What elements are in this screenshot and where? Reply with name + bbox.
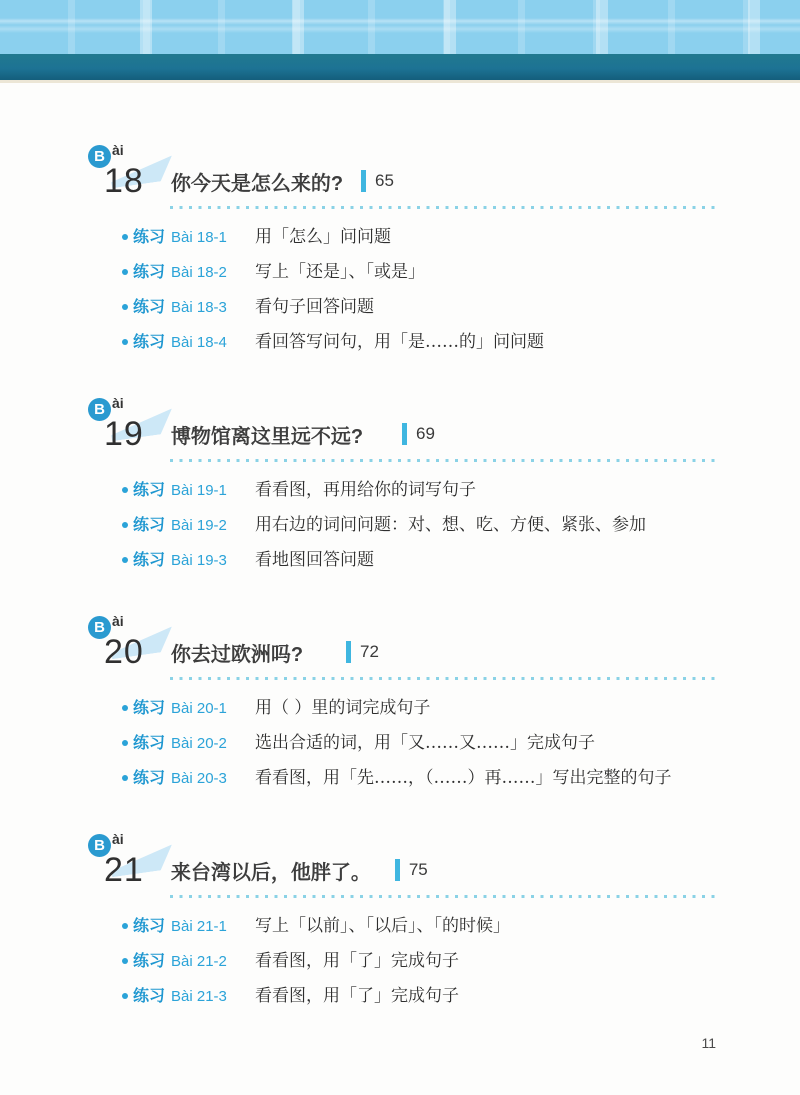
- dotted-separator: [170, 206, 716, 209]
- exercise-list: 练习Bài 20-1 用（ ）里的词完成句子 练习Bài 20-2 选出合适的词…: [88, 697, 800, 790]
- page-marker-bar: [402, 423, 407, 445]
- dotted-separator: [170, 677, 716, 680]
- dotted-separator: [170, 895, 716, 898]
- lesson-number: 18: [104, 164, 144, 198]
- exercise-description: 写上「还是」、「或是」: [255, 261, 425, 284]
- page-marker-bar: [361, 170, 366, 192]
- exercise-row: 练习Bài 18-4 看回答写问句，用「是……的」问问题: [122, 331, 800, 354]
- header-teal-band: [0, 54, 800, 80]
- lesson-title: 来台湾以后，他胖了。: [171, 856, 371, 885]
- bai-badge-suffix: ài: [112, 831, 124, 847]
- exercise-row: 练习Bài 18-2 写上「还是」、「或是」: [122, 261, 800, 284]
- exercise-description: 看回答写问句，用「是……的」问问题: [255, 331, 544, 354]
- exercise-label-zh: 练习: [133, 331, 165, 354]
- bullet-icon: [122, 339, 128, 345]
- lesson-section-18: B ài 18 你今天是怎么来的? 65 练习Bài 18-1 用「怎么」问问题…: [88, 145, 800, 354]
- exercise-label-id: Bài 19-2: [171, 514, 227, 537]
- exercise-label-zh: 练习: [133, 226, 165, 249]
- exercise-label: 练习Bài 18-2: [133, 261, 245, 284]
- exercise-label-zh: 练习: [133, 732, 165, 755]
- exercise-label: 练习Bài 21-2: [133, 950, 245, 973]
- exercise-label-zh: 练习: [133, 697, 165, 720]
- exercise-label-zh: 练习: [133, 549, 165, 572]
- bullet-icon: [122, 522, 128, 528]
- exercise-description: 看看图，用「了」完成句子: [255, 950, 459, 973]
- exercise-label: 练习Bài 19-2: [133, 514, 245, 537]
- header-plaid-band: [0, 0, 800, 54]
- lesson-page-number: 65: [375, 171, 394, 191]
- exercise-list: 练习Bài 19-1 看看图，再用给你的词写句子 练习Bài 19-2 用右边的…: [88, 479, 800, 572]
- exercise-label-id: Bài 21-2: [171, 950, 227, 973]
- exercise-row: 练习Bài 18-1 用「怎么」问问题: [122, 226, 800, 249]
- exercise-label: 练习Bài 19-1: [133, 479, 245, 502]
- lesson-title: 博物馆离这里远不远?: [171, 420, 363, 449]
- bullet-icon: [122, 923, 128, 929]
- lesson-section-19: B ài 19 博物馆离这里远不远? 69 练习Bài 19-1 看看图，再用给…: [88, 398, 800, 572]
- exercise-description: 看地图回答问题: [255, 549, 374, 572]
- bullet-icon: [122, 234, 128, 240]
- exercise-label-id: Bài 21-1: [171, 915, 227, 938]
- exercise-label: 练习Bài 20-1: [133, 697, 245, 720]
- exercise-label: 练习Bài 19-3: [133, 549, 245, 572]
- page-footer-number: 11: [701, 1035, 716, 1051]
- exercise-label-zh: 练习: [133, 261, 165, 284]
- page-marker-bar: [346, 641, 351, 663]
- exercise-label-id: Bài 18-3: [171, 296, 227, 319]
- lesson-number: 21: [104, 853, 144, 887]
- lesson-title-row: 19 博物馆离这里远不远? 69: [88, 416, 800, 452]
- exercise-row: 练习Bài 20-1 用（ ）里的词完成句子: [122, 697, 800, 720]
- exercise-label: 练习Bài 18-1: [133, 226, 245, 249]
- lesson-section-20: B ài 20 你去过欧洲吗? 72 练习Bài 20-1 用（ ）里的词完成句…: [88, 616, 800, 790]
- exercise-description: 写上「以前」、「以后」、「的时候」: [255, 915, 510, 938]
- bullet-icon: [122, 705, 128, 711]
- exercise-description: 看看图，用「了」完成句子: [255, 985, 459, 1008]
- bullet-icon: [122, 775, 128, 781]
- exercise-label: 练习Bài 21-3: [133, 985, 245, 1008]
- bullet-icon: [122, 269, 128, 275]
- exercise-label-id: Bài 18-2: [171, 261, 227, 284]
- exercise-label-zh: 练习: [133, 950, 165, 973]
- exercise-description: 看句子回答问题: [255, 296, 374, 319]
- exercise-label-id: Bài 18-4: [171, 331, 227, 354]
- exercise-description: 看看图，再用给你的词写句子: [255, 479, 476, 502]
- exercise-label-zh: 练习: [133, 915, 165, 938]
- lesson-page-number: 75: [409, 860, 428, 880]
- bullet-icon: [122, 740, 128, 746]
- exercise-row: 练习Bài 19-1 看看图，再用给你的词写句子: [122, 479, 800, 502]
- exercise-label: 练习Bài 18-4: [133, 331, 245, 354]
- bai-badge-suffix: ài: [112, 395, 124, 411]
- exercise-label: 练习Bài 18-3: [133, 296, 245, 319]
- exercise-description: 选出合适的词，用「又……又……」完成句子: [255, 732, 595, 755]
- exercise-list: 练习Bài 18-1 用「怎么」问问题 练习Bài 18-2 写上「还是」、「或…: [88, 226, 800, 354]
- bullet-icon: [122, 487, 128, 493]
- lesson-title: 你今天是怎么来的?: [171, 167, 343, 196]
- exercise-label: 练习Bài 21-1: [133, 915, 245, 938]
- exercise-description: 看看图，用「先……，（……）再……」写出完整的句子: [255, 767, 672, 790]
- exercise-label-id: Bài 20-1: [171, 697, 227, 720]
- lesson-page-number: 72: [360, 642, 379, 662]
- lesson-number: 19: [104, 417, 144, 451]
- exercise-label: 练习Bài 20-2: [133, 732, 245, 755]
- exercise-row: 练习Bài 21-2 看看图，用「了」完成句子: [122, 950, 800, 973]
- exercise-row: 练习Bài 21-1 写上「以前」、「以后」、「的时候」: [122, 915, 800, 938]
- bullet-icon: [122, 557, 128, 563]
- lesson-title-row: 21 来台湾以后，他胖了。 75: [88, 852, 800, 888]
- lesson-page-number: 69: [416, 424, 435, 444]
- bullet-icon: [122, 958, 128, 964]
- lesson-title: 你去过欧洲吗?: [171, 638, 303, 667]
- exercise-description: 用（ ）里的词完成句子: [255, 697, 430, 720]
- exercise-row: 练习Bài 19-3 看地图回答问题: [122, 549, 800, 572]
- lesson-section-21: B ài 21 来台湾以后，他胖了。 75 练习Bài 21-1 写上「以前」、…: [88, 834, 800, 1008]
- exercise-row: 练习Bài 20-2 选出合适的词，用「又……又……」完成句子: [122, 732, 800, 755]
- page-marker-bar: [395, 859, 400, 881]
- exercise-label-id: Bài 21-3: [171, 985, 227, 1008]
- exercise-row: 练习Bài 18-3 看句子回答问题: [122, 296, 800, 319]
- exercise-row: 练习Bài 21-3 看看图，用「了」完成句子: [122, 985, 800, 1008]
- exercise-label-id: Bài 18-1: [171, 226, 227, 249]
- exercise-label-id: Bài 19-3: [171, 549, 227, 572]
- exercise-label-id: Bài 20-2: [171, 732, 227, 755]
- exercise-row: 练习Bài 20-3 看看图，用「先……，（……）再……」写出完整的句子: [122, 767, 800, 790]
- exercise-label-id: Bài 20-3: [171, 767, 227, 790]
- bai-badge-suffix: ài: [112, 613, 124, 629]
- exercise-label-zh: 练习: [133, 514, 165, 537]
- lesson-number: 20: [104, 635, 144, 669]
- bai-badge-suffix: ài: [112, 142, 124, 158]
- exercise-description: 用「怎么」问问题: [255, 226, 391, 249]
- dotted-separator: [170, 459, 716, 462]
- exercise-row: 练习Bài 19-2 用右边的词问问题：对、想、吃、方便、紧张、参加: [122, 514, 800, 537]
- exercise-label: 练习Bài 20-3: [133, 767, 245, 790]
- bullet-icon: [122, 993, 128, 999]
- bullet-icon: [122, 304, 128, 310]
- exercise-list: 练习Bài 21-1 写上「以前」、「以后」、「的时候」 练习Bài 21-2 …: [88, 915, 800, 1008]
- exercise-label-zh: 练习: [133, 479, 165, 502]
- exercise-label-id: Bài 19-1: [171, 479, 227, 502]
- lesson-title-row: 18 你今天是怎么来的? 65: [88, 163, 800, 199]
- exercise-label-zh: 练习: [133, 296, 165, 319]
- exercise-description: 用右边的词问问题：对、想、吃、方便、紧张、参加: [255, 514, 646, 537]
- lesson-title-row: 20 你去过欧洲吗? 72: [88, 634, 800, 670]
- exercise-label-zh: 练习: [133, 985, 165, 1008]
- toc-content: B ài 18 你今天是怎么来的? 65 练习Bài 18-1 用「怎么」问问题…: [0, 83, 800, 1008]
- exercise-label-zh: 练习: [133, 767, 165, 790]
